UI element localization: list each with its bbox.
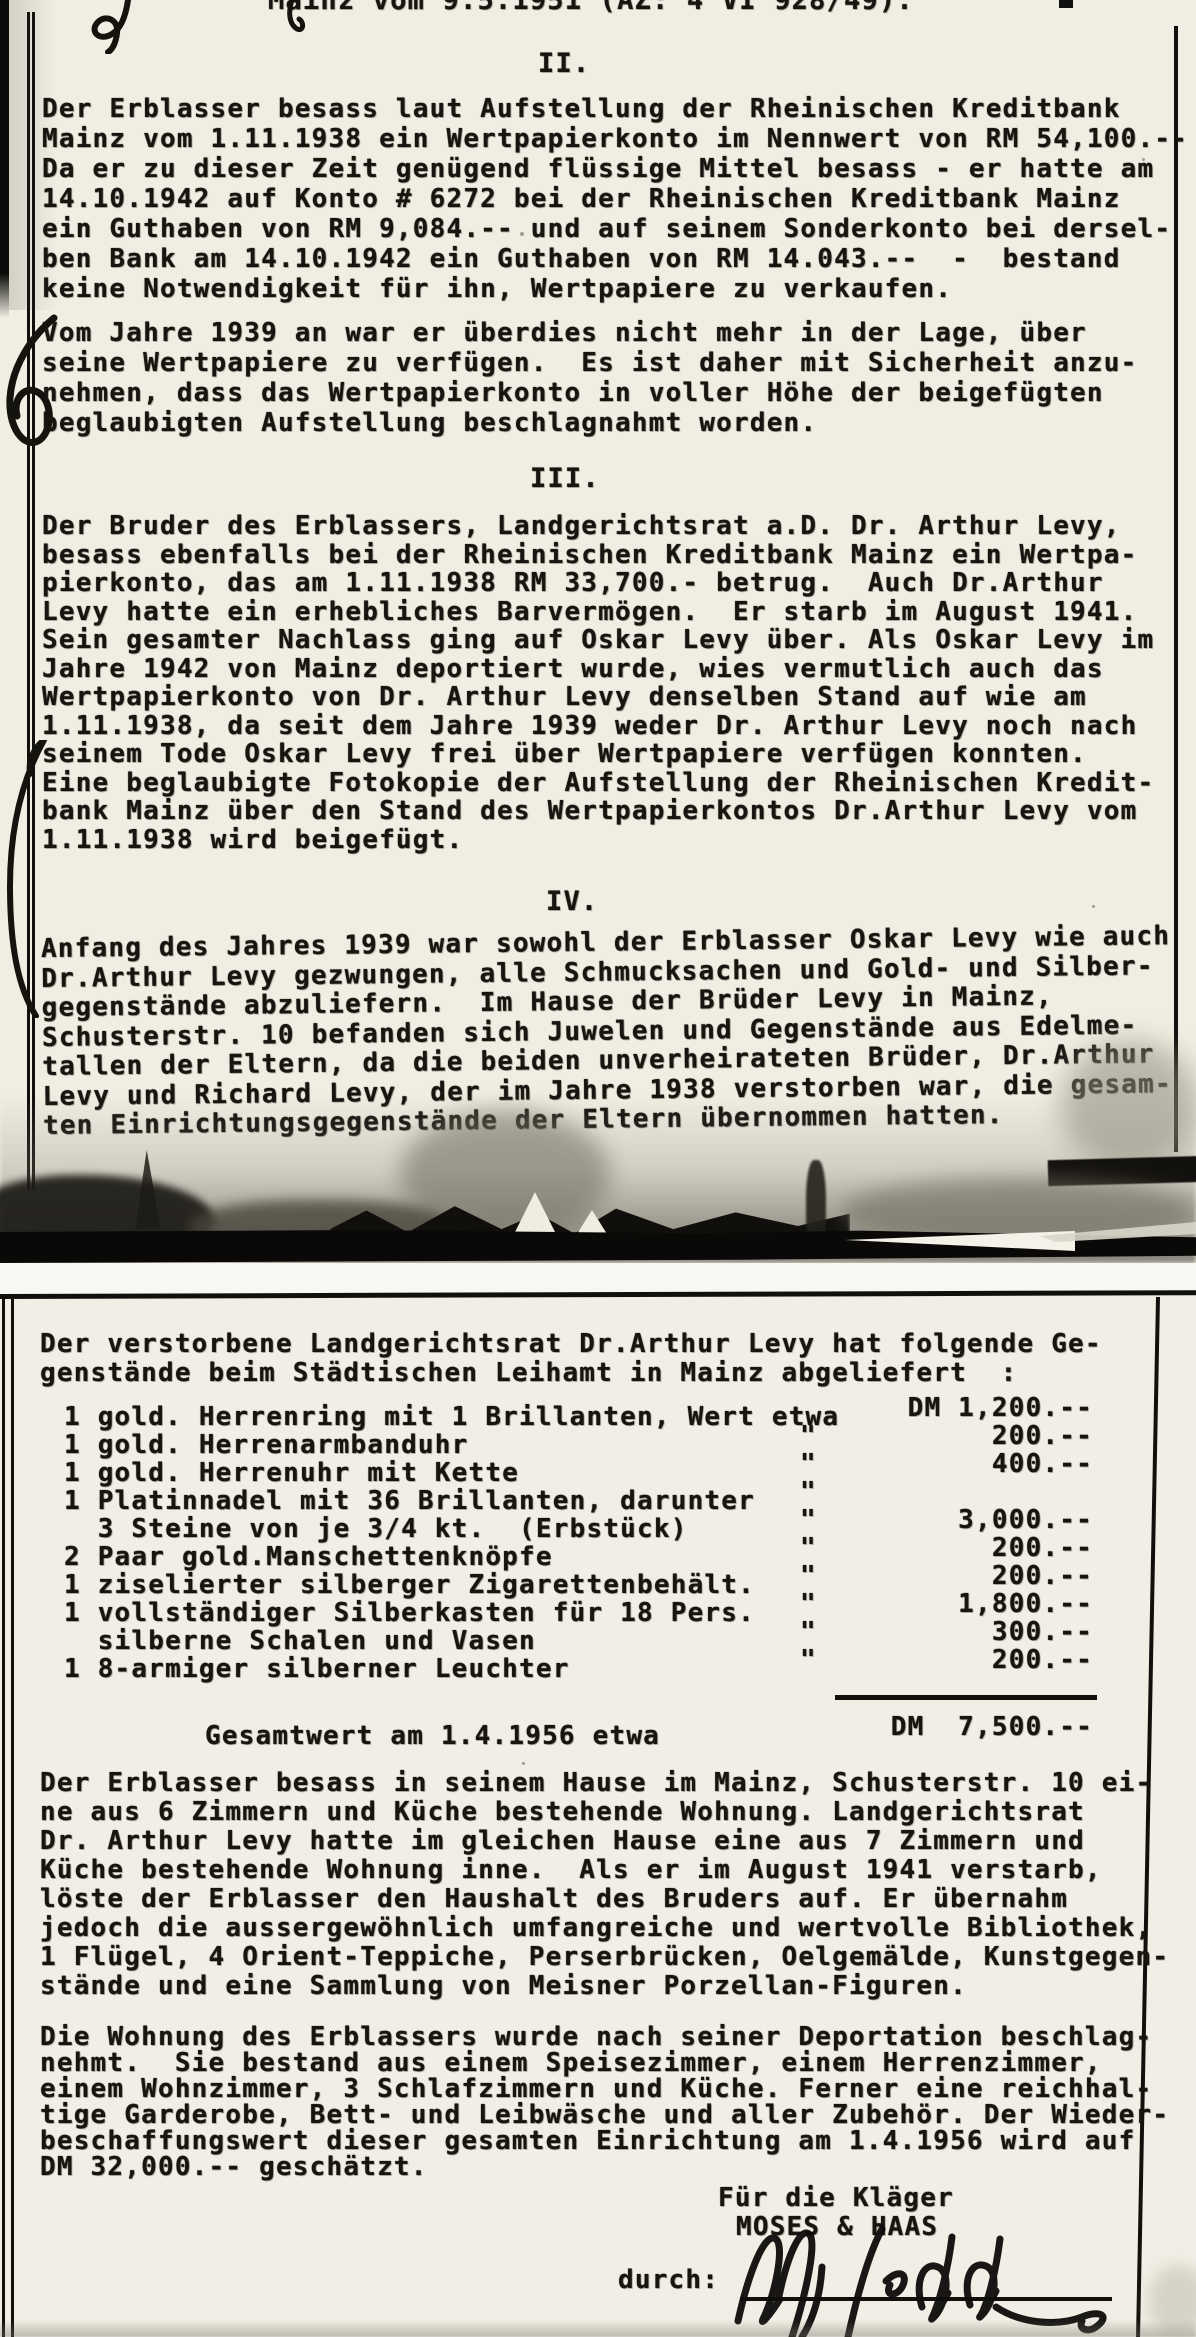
paragraph-delivery-intro: Der verstorbene Landgerichtsrat Dr.Arthu…: [40, 1330, 1102, 1388]
text-line: pierkonto, das am 1.11.1938 RM 33,700.- …: [42, 569, 1154, 598]
item-amount: DM 1,200.--: [807, 1393, 1093, 1423]
text-line: tige Garderobe, Bett- und Leibwäsche und…: [40, 2102, 1169, 2128]
text-line: seinem Tode Oskar Levy frei über Wertpap…: [42, 740, 1154, 769]
text-line: 14.10.1942 auf Konto # 6272 bei der Rhei…: [42, 184, 1188, 214]
item-description: 1 gold. Herrenuhr mit Kette: [64, 1458, 519, 1488]
scan-speck: [1142, 158, 1145, 161]
ledger-sum-rule: [835, 1695, 1097, 1700]
text-line: besass ebenfalls bei der Rheinischen Kre…: [42, 541, 1154, 570]
text-line: Der Erblasser besass in seinem Hause im …: [40, 1769, 1169, 1798]
item-amount: 3,000.--: [807, 1505, 1093, 1535]
text-line: nehmt. Sie bestand aus einem Speisezimme…: [40, 2050, 1169, 2076]
item-amount: 200.--: [807, 1561, 1093, 1591]
text-line: Da er zu dieser Zeit genügend flüssige M…: [42, 154, 1188, 184]
text-line: Der verstorbene Landgerichtsrat Dr.Arthu…: [40, 1330, 1102, 1359]
paragraph-ii-continued: Vom Jahre 1939 an war er überdies nicht …: [42, 318, 1137, 438]
total-label: Gesamtwert am 1.4.1956 etwa: [205, 1721, 660, 1751]
text-line: ne aus 6 Zimmern und Küche bestehende Wo…: [40, 1798, 1169, 1827]
ditto-mark: ": [800, 1477, 817, 1507]
section-heading-ii: II.: [538, 48, 590, 79]
text-line: nehmen, dass das Wertpapierkonto in voll…: [42, 378, 1137, 408]
text-line: bank Mainz über den Stand des Wertpapier…: [42, 797, 1154, 826]
header-line: Mainz vom 9.5.1951 (AZ: 4 VI 928/49).: [268, 0, 914, 16]
text-line: löste der Erblasser den Haushalt des Bru…: [40, 1885, 1169, 1914]
text-line: Dr. Arthur Levy hatte im gleichen Hause …: [40, 1827, 1169, 1856]
item-description: 1 8-armiger silberner Leuchter: [64, 1654, 570, 1684]
text-line: Levy hatte ein erhebliches Barvermögen. …: [42, 598, 1154, 627]
text-line: genstände beim Städtischen Leihamt in Ma…: [40, 1359, 1102, 1388]
page2-left-rule-b: [11, 1299, 14, 2337]
text-line: seine Wertpapiere zu verfügen. Es ist da…: [42, 348, 1137, 378]
scan-speck: [1092, 905, 1095, 908]
text-line: Jahre 1942 von Mainz deportiert wurde, w…: [42, 655, 1154, 684]
item-amount: 300.--: [807, 1617, 1093, 1647]
handwritten-stray-mark: [278, 0, 310, 36]
text-line: Der Erblasser besass laut Aufstellung de…: [42, 94, 1188, 124]
text-line: keine Notwendigkeit für ihn, Wertpapiere…: [42, 274, 1188, 304]
scan-speck: [1120, 1958, 1124, 1962]
item-amount: 200.--: [807, 1533, 1093, 1563]
paragraph-confiscation: Die Wohnung des Erblassers wurde nach se…: [40, 2024, 1169, 2180]
paragraph-apartment: Der Erblasser besass in seinem Hause im …: [40, 1769, 1169, 2001]
item-description: silberne Schalen und Vasen: [64, 1626, 536, 1656]
text-line: beschaffungswert dieser gesamten Einrich…: [40, 2128, 1169, 2154]
text-line: Sein gesamter Nachlass ging auf Oskar Le…: [42, 626, 1154, 655]
item-description: 3 Steine von je 3/4 kt. (Erbstück): [64, 1514, 688, 1544]
paragraph-iii: Der Bruder des Erblassers, Landgerichtsr…: [42, 512, 1154, 854]
text-line: Eine beglaubigte Fotokopie der Aufstellu…: [42, 769, 1154, 798]
item-description: 1 gold. Herrenring mit 1 Brillanten, Wer…: [64, 1402, 839, 1432]
paragraph-ii: Der Erblasser besass laut Aufstellung de…: [42, 94, 1188, 304]
text-line: DM 32,000.-- geschätzt.: [40, 2154, 1169, 2180]
text-line: stände und eine Sammlung von Meisner Por…: [40, 1972, 1169, 2001]
text-line: 1.11.1938, da seit dem Jahre 1939 weder …: [42, 712, 1154, 741]
text-line: Wertpapierkonto von Dr. Arthur Levy dens…: [42, 683, 1154, 712]
item-description: 1 Platinnadel mit 36 Brillanten, darunte…: [64, 1486, 755, 1516]
text-line: 1 Flügel, 4 Orient-Teppiche, Perserbrück…: [40, 1943, 1169, 1972]
text-line: Der Bruder des Erblassers, Landgerichtsr…: [42, 512, 1154, 541]
bottom-scan-shade: [0, 2320, 1196, 2337]
valuables-ledger: 1 gold. Herrenring mit 1 Brillanten, Wer…: [64, 1402, 1124, 1682]
scan-speck: [338, 416, 341, 419]
item-description: 1 ziselierter silberger Zigarettenbehält…: [64, 1570, 755, 1600]
text-line: beglaubigten Aufstellung beschlagnahmt w…: [42, 408, 1137, 438]
item-amount: 400.--: [807, 1449, 1093, 1479]
scan-speck: [522, 1762, 525, 1765]
ledger-row: 1 8-armiger silberner Leuchter"200.--: [64, 1654, 1124, 1682]
scanned-legal-document: Mainz vom 9.5.1951 (AZ: 4 VI 928/49). II…: [0, 0, 1196, 2337]
section-heading-iv: IV.: [546, 886, 598, 917]
section-heading-iii: III.: [530, 463, 600, 494]
text-line: ein Guthaben von RM 9,084.-- und auf sei…: [42, 214, 1188, 244]
page2-left-rule-a: [2, 1299, 5, 2337]
total-amount: DM 7,500.--: [807, 1712, 1093, 1742]
closing-for-claimants: Für die Kläger: [718, 2183, 954, 2213]
scan-speck: [706, 642, 710, 646]
item-description: 2 Paar gold.Manschettenknöpfe: [64, 1542, 553, 1572]
item-description: 1 gold. Herrenarmbanduhr: [64, 1430, 468, 1460]
text-line: Die Wohnung des Erblassers wurde nach se…: [40, 2024, 1169, 2050]
item-amount: 1,800.--: [807, 1589, 1093, 1619]
header-edge-nub: [1059, 0, 1073, 8]
item-amount: 200.--: [807, 1645, 1093, 1675]
text-line: 1.11.1938 wird beigefügt.: [42, 826, 1154, 855]
ledger-row: 1 gold. Herrenuhr mit Kette"400.--: [64, 1458, 1124, 1486]
page1-left-edge-bar: [0, 0, 9, 318]
text-line: einem Wohnzimmer, 3 Schlafzimmern und Kü…: [40, 2076, 1169, 2102]
text-line: Vom Jahre 1939 an war er überdies nicht …: [42, 318, 1137, 348]
scan-speck: [520, 232, 524, 236]
text-line: Küche bestehende Wohnung inne. Als er im…: [40, 1856, 1169, 1885]
text-line: jedoch die aussergewöhnlich umfangreiche…: [40, 1914, 1169, 1943]
text-line: ben Bank am 14.10.1942 ein Guthaben von …: [42, 244, 1188, 274]
text-line: Mainz vom 1.11.1938 ein Wertpapierkonto …: [42, 124, 1188, 154]
signature: [690, 2215, 1150, 2337]
item-description: 1 vollständiger Silberkasten für 18 Pers…: [64, 1598, 755, 1628]
item-amount: 200.--: [807, 1421, 1093, 1451]
handwritten-hook-mark: [88, 0, 158, 54]
